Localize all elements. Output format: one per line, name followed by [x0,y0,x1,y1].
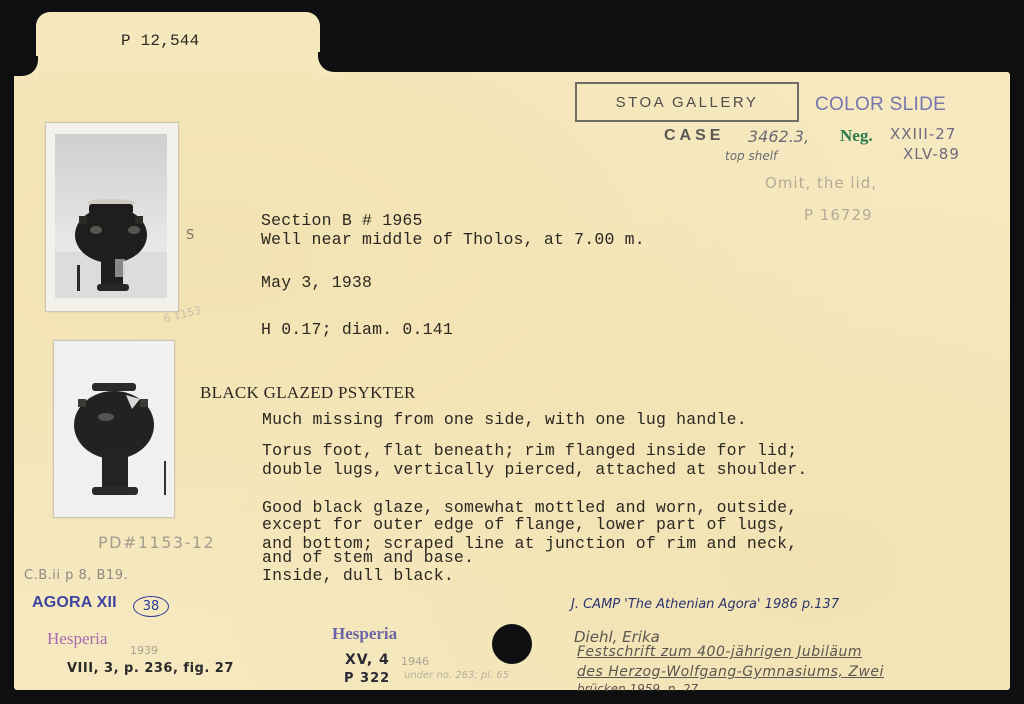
description-line-2: Torus foot, flat beneath; rim flanged in… [262,442,797,460]
section-line: Section B # 1965 [261,212,423,230]
punch-hole [492,624,532,664]
pd-number-note: PD#1153-12 [98,533,215,552]
agora-stamp: AGORA XII [32,594,117,612]
cb-ref-note: C.B.ii p 8, B19. [24,568,128,583]
stoa-gallery-label: STOA GALLERY [577,94,797,111]
color-slide-stamp: COLOR SLIDE [815,94,946,116]
hesperia-2-volume: XV, 4 [345,652,390,668]
tab-corner-right [318,56,342,74]
hesperia-stamp-2: Hesperia [332,624,397,644]
photo-2 [53,340,175,518]
neg-value-2: XLV-89 [903,145,960,163]
description-line-7: and of stem and base. [262,549,474,567]
hesperia-1-year: 1939 [130,644,158,657]
findspot-line: Well near middle of Tholos, at 7.00 m. [261,231,645,249]
camp-reference: J. CAMP 'The Athenian Agora' 1986 p.137 [571,597,839,612]
description-line-1: Much missing from one side, with one lug… [262,411,747,429]
hesperia-1-citation: VIII, 3, p. 236, fig. 27 [67,661,234,676]
lid-number-note: P 16729 [804,206,873,224]
description-line-3: double lugs, vertically pierced, attache… [262,461,808,479]
omit-lid-note: Omit, the lid, [765,174,877,192]
inventory-number: P 12,544 [121,32,199,50]
photo-1 [45,122,179,312]
hesperia-2-year: 1946 [401,655,429,668]
agora-number: 38 [143,599,160,614]
hesperia-stamp-1: Hesperia [47,629,107,649]
description-line-8: Inside, dull black. [262,567,454,585]
object-title: BLACK GLAZED PSYKTER [200,384,416,402]
date-line: May 3, 1938 [261,274,372,292]
neg-label: Neg. [840,126,873,146]
diehl-title-3: brücken 1959, p. 27. [577,682,702,691]
case-note: top shelf [725,149,777,163]
agora-number-circle: 38 [133,596,169,617]
description-line-5: except for outer edge of flange, lower p… [262,516,787,534]
case-label: CASE [664,127,724,145]
case-value: 3462.3, [748,127,809,146]
tab-corner-left [14,62,38,76]
photo-mark-note: S [186,228,194,243]
psykter-image-icon [54,341,174,517]
hesperia-2-note: under no. 263; pl. 65 [404,670,509,681]
diehl-title-2: des Herzog-Wolfgang-Gymnasiums, Zwei [577,664,884,680]
hesperia-2-page: P 322 [344,671,390,686]
diehl-title-1: Festschrift zum 400-jährigen Jubiläum [577,644,862,660]
dimensions-line: H 0.17; diam. 0.141 [261,321,453,339]
psykter-image-icon [55,134,167,298]
stoa-gallery-stamp: STOA GALLERY [575,82,799,122]
neg-value-1: XXIII-27 [890,125,956,143]
